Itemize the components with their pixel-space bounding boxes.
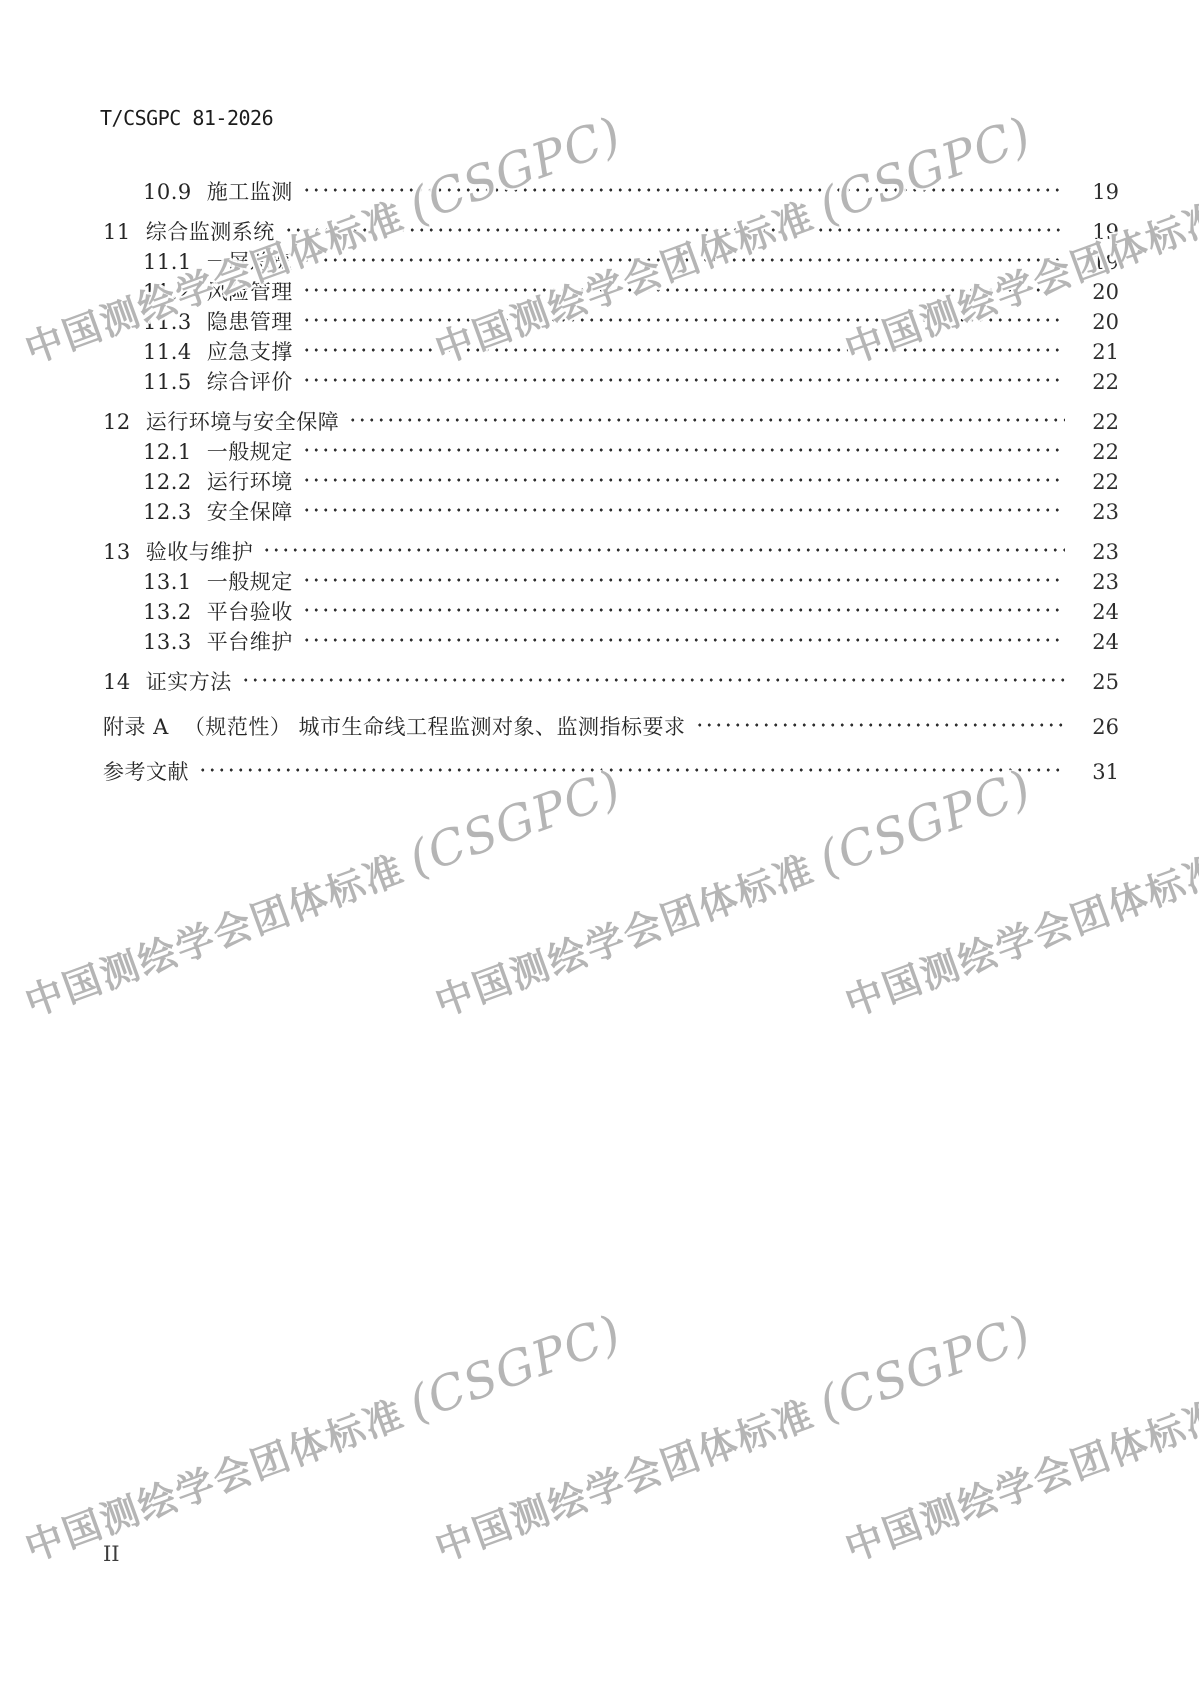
toc-entry: 附录 A（规范性） 城市生命线工程监测对象、监测指标要求26 — [0, 706, 1119, 734]
dot-leader — [695, 706, 1065, 734]
watermark-latin-text: (CSGPC) — [811, 1304, 1038, 1432]
toc-entry: 12运行环境与安全保障22 — [0, 401, 1119, 429]
dot-leader — [302, 461, 1065, 489]
dot-leader — [302, 431, 1065, 459]
watermark-cjk-text: 中国测绘学会团体标准 — [839, 847, 1199, 1025]
toc-page-number: 19 — [1071, 178, 1119, 206]
dot-leader — [302, 241, 1065, 269]
dot-leader — [198, 751, 1065, 779]
toc-entry: 12.3安全保障23 — [0, 491, 1119, 519]
dot-leader — [284, 211, 1065, 239]
toc-entry: 13.3平台维护24 — [0, 621, 1119, 649]
toc-entry: 13验收与维护23 — [0, 531, 1119, 559]
toc-page-number: 31 — [1071, 758, 1119, 786]
toc-entry: 11.1一屏总览19 — [0, 241, 1119, 269]
table-of-contents: 10.9施工监测19 11综合监测系统19 11.1一屏总览19 11.2风险管… — [0, 171, 1199, 779]
page-footer: II — [103, 1542, 120, 1566]
toc-entry: 13.1一般规定23 — [0, 561, 1119, 589]
dot-leader — [348, 401, 1065, 429]
toc-entry: 14证实方法25 — [0, 661, 1119, 689]
toc-entry-title: 施工监测 — [207, 178, 293, 206]
toc-entry: 11综合监测系统19 — [0, 211, 1119, 239]
toc-entry-title: （规范性） 城市生命线工程监测对象、监测指标要求 — [184, 713, 686, 741]
toc-entry: 11.5综合评价22 — [0, 361, 1119, 389]
watermark-latin-text: (CSGPC) — [401, 1304, 628, 1432]
toc-entry-number: 附录 A — [103, 713, 169, 741]
toc-entry-title: 综合评价 — [207, 368, 293, 396]
toc-entry: 11.4应急支撑21 — [0, 331, 1119, 359]
watermark-cjk-text: 中国测绘学会团体标准 — [19, 847, 410, 1025]
dot-leader — [302, 171, 1065, 199]
watermark: 中国测绘学会团体标准(CSGPC) — [17, 760, 629, 1027]
toc-entry-number: 13.3 — [143, 628, 192, 656]
watermark-cjk-text: 中国测绘学会团体标准 — [19, 1392, 410, 1570]
dot-leader — [302, 331, 1065, 359]
dot-leader — [302, 491, 1065, 519]
watermark-cjk-text: 中国测绘学会团体标准 — [429, 847, 820, 1025]
toc-entry: 12.2运行环境22 — [0, 461, 1119, 489]
toc-page-number: 22 — [1071, 368, 1119, 396]
toc-page-number: 23 — [1071, 498, 1119, 526]
watermark: 中国测绘学会团体标准(CSGPC) — [427, 760, 1039, 1027]
toc-entry-title: 证实方法 — [146, 668, 232, 696]
toc-page-number: 25 — [1071, 668, 1119, 696]
toc-entry-number: 10.9 — [143, 178, 192, 206]
watermark: 中国测绘学会团体标准(CSGPC) — [17, 1305, 629, 1572]
dot-leader — [241, 661, 1065, 689]
toc-entry-title: 平台维护 — [207, 628, 293, 656]
toc-entry-number: 14 — [103, 668, 131, 696]
doc-number: T/CSGPC 81-2026 — [100, 106, 273, 130]
dot-leader — [302, 301, 1065, 329]
watermark: 中国测绘学会团体标准(CSGPC) — [837, 760, 1199, 1027]
toc-entry: 12.1一般规定22 — [0, 431, 1119, 459]
watermark-cjk-text: 中国测绘学会团体标准 — [839, 1392, 1199, 1570]
dot-leader — [302, 361, 1065, 389]
dot-leader — [302, 591, 1065, 619]
dot-leader — [302, 621, 1065, 649]
toc-entry: 参考文献31 — [0, 751, 1119, 779]
document-page: 中国测绘学会团体标准(CSGPC) 中国测绘学会团体标准(CSGPC) 中国测绘… — [0, 0, 1199, 1696]
toc-entry: 11.2风险管理20 — [0, 271, 1119, 299]
toc-entry: 11.3隐患管理20 — [0, 301, 1119, 329]
toc-entry: 10.9施工监测19 — [0, 171, 1119, 199]
toc-page-number: 26 — [1071, 713, 1119, 741]
dot-leader — [262, 531, 1065, 559]
watermark: 中国测绘学会团体标准(CSGPC) — [427, 1305, 1039, 1572]
toc-entry-number: 12.3 — [143, 498, 192, 526]
watermark-cjk-text: 中国测绘学会团体标准 — [429, 1392, 820, 1570]
dot-leader — [302, 271, 1065, 299]
dot-leader — [302, 561, 1065, 589]
toc-entry: 13.2平台验收24 — [0, 591, 1119, 619]
toc-page-number: 24 — [1071, 628, 1119, 656]
toc-entry-title: 参考文献 — [103, 758, 189, 786]
toc-entry-number: 11.5 — [143, 368, 192, 396]
toc-entry-title: 安全保障 — [207, 498, 293, 526]
watermark: 中国测绘学会团体标准(CSGPC) — [837, 1305, 1199, 1572]
